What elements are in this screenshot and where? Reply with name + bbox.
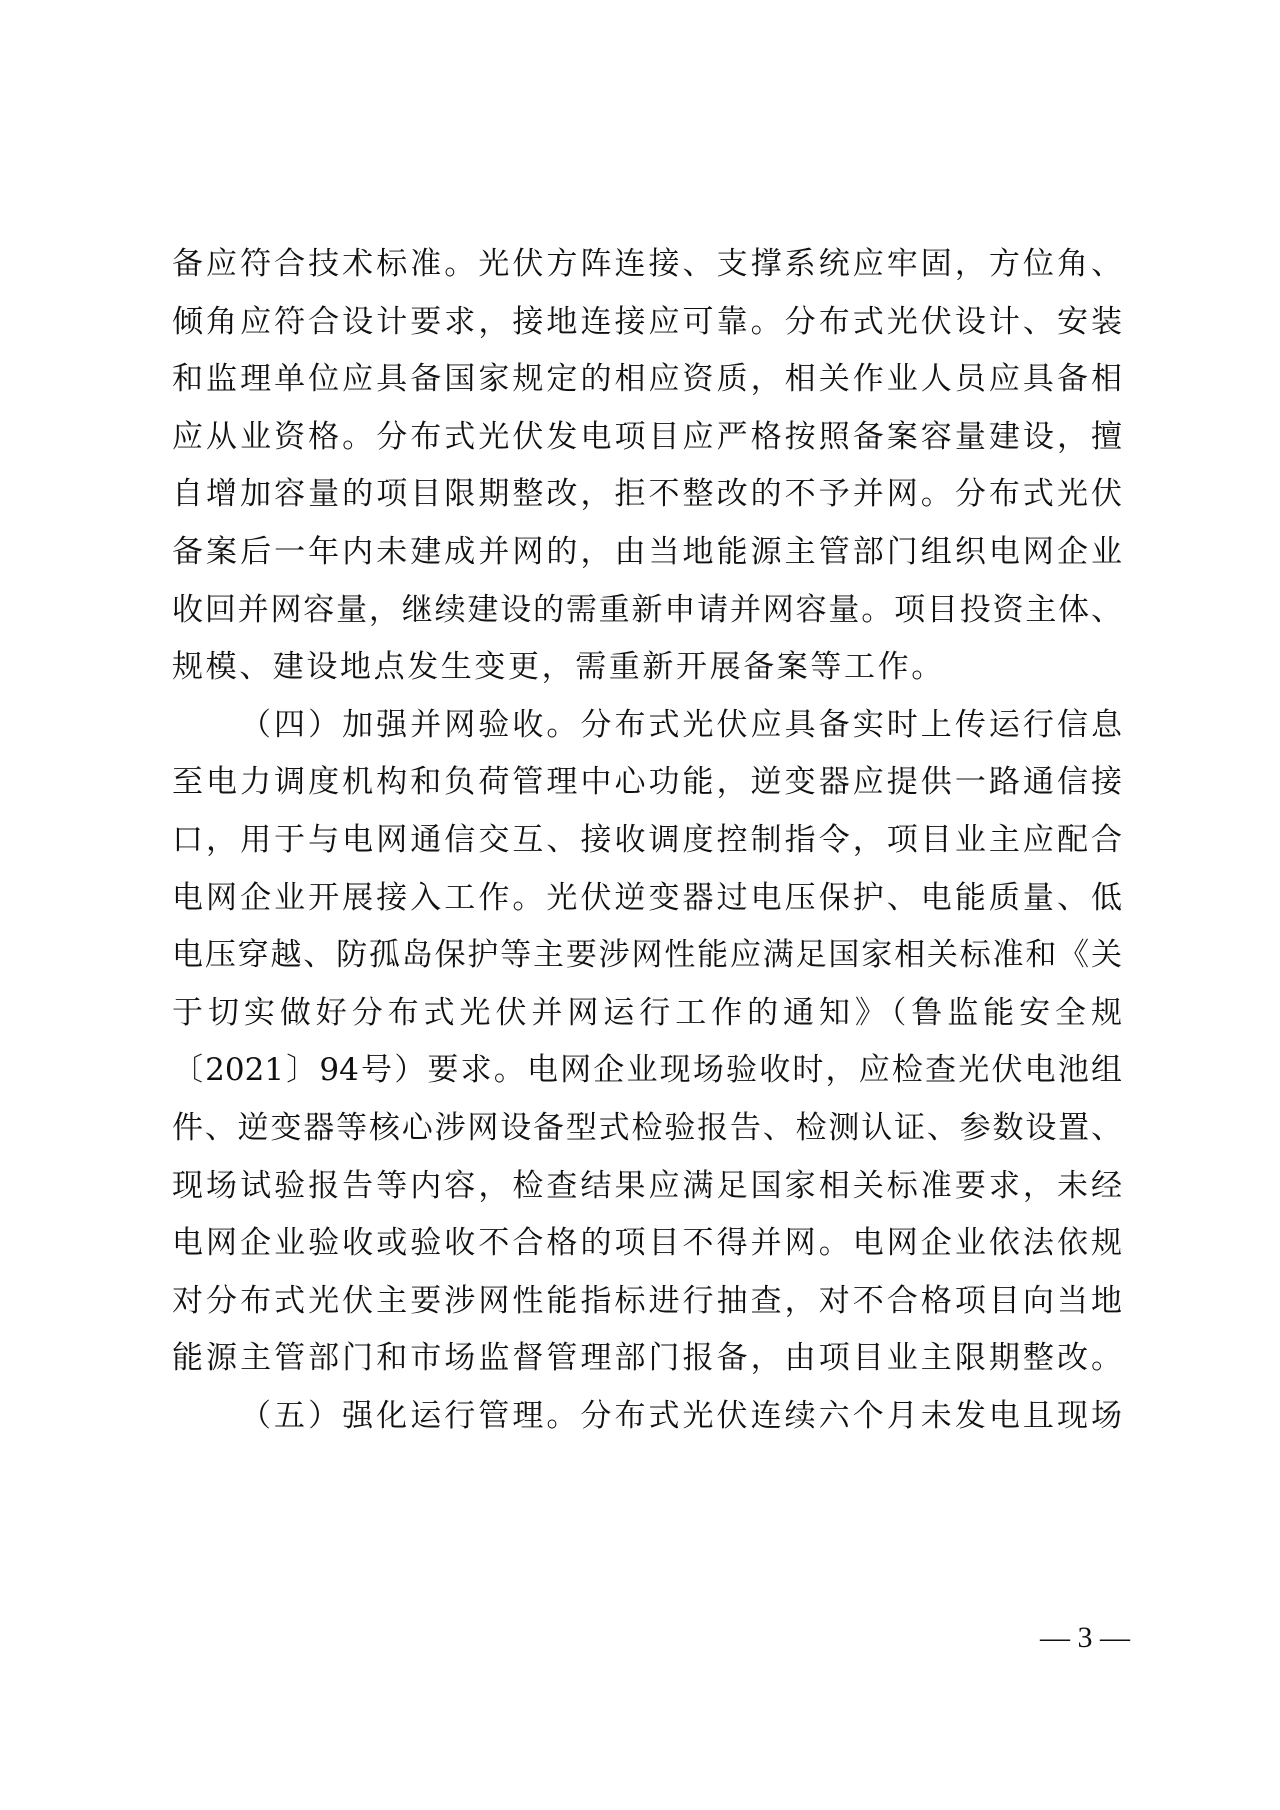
section-heading-line: （五）强化运行管理。分布式光伏连续六个月未发电且现场: [172, 1388, 1122, 1446]
document-body: 备应符合技术标准。光伏方阵连接、支撑系统应牢固，方位角、 倾角应符合设计要求，接…: [172, 236, 1122, 1445]
text-line: 规模、建设地点发生变更，需重新开展备案等工作。: [172, 639, 1122, 697]
paragraph-section-5: （五）强化运行管理。分布式光伏连续六个月未发电且现场: [172, 1388, 1122, 1446]
text-line: 倾角应符合设计要求，接地连接应可靠。分布式光伏设计、安装: [172, 294, 1122, 352]
text-line: 对分布式光伏主要涉网性能指标进行抽查，对不合格项目向当地: [172, 1273, 1122, 1331]
text-line: 收回并网容量，继续建设的需重新申请并网容量。项目投资主体、: [172, 582, 1122, 640]
text-line: 电网企业验收或验收不合格的项目不得并网。电网企业依法依规: [172, 1215, 1122, 1273]
page-number: — 3 —: [1040, 1618, 1130, 1658]
text-line: 应从业资格。分布式光伏发电项目应严格按照备案容量建设，擅: [172, 409, 1122, 467]
text-line: 备应符合技术标准。光伏方阵连接、支撑系统应牢固，方位角、: [172, 236, 1122, 294]
text-line: 和监理单位应具备国家规定的相应资质，相关作业人员应具备相: [172, 351, 1122, 409]
text-line: 件、逆变器等核心涉网设备型式检验报告、检测认证、参数设置、: [172, 1100, 1122, 1158]
text-line: 能源主管部门和市场监督管理部门报备，由项目业主限期整改。: [172, 1330, 1122, 1388]
document-page: 备应符合技术标准。光伏方阵连接、支撑系统应牢固，方位角、 倾角应符合设计要求，接…: [0, 0, 1280, 1810]
text-line: 自增加容量的项目限期整改，拒不整改的不予并网。分布式光伏: [172, 466, 1122, 524]
text-line: 电网企业开展接入工作。光伏逆变器过电压保护、电能质量、低: [172, 870, 1122, 928]
section-heading-line: （四）加强并网验收。分布式光伏应具备实时上传运行信息: [172, 697, 1122, 755]
paragraph-section-4: （四）加强并网验收。分布式光伏应具备实时上传运行信息 至电力调度机构和负荷管理中…: [172, 697, 1122, 1388]
text-line: 现场试验报告等内容，检查结果应满足国家相关标准要求，未经: [172, 1158, 1122, 1216]
text-line: 至电力调度机构和负荷管理中心功能，逆变器应提供一路通信接: [172, 754, 1122, 812]
paragraph-continuation: 备应符合技术标准。光伏方阵连接、支撑系统应牢固，方位角、 倾角应符合设计要求，接…: [172, 236, 1122, 697]
text-line: 〔2021〕94号）要求。电网企业现场验收时，应检查光伏电池组: [172, 1042, 1122, 1100]
text-line: 口，用于与电网通信交互、接收调度控制指令，项目业主应配合: [172, 812, 1122, 870]
text-line: 备案后一年内未建成并网的，由当地能源主管部门组织电网企业: [172, 524, 1122, 582]
text-line: 于切实做好分布式光伏并网运行工作的通知》（鲁监能安全规: [172, 985, 1122, 1043]
text-line: 电压穿越、防孤岛保护等主要涉网性能应满足国家相关标准和《关: [172, 927, 1122, 985]
